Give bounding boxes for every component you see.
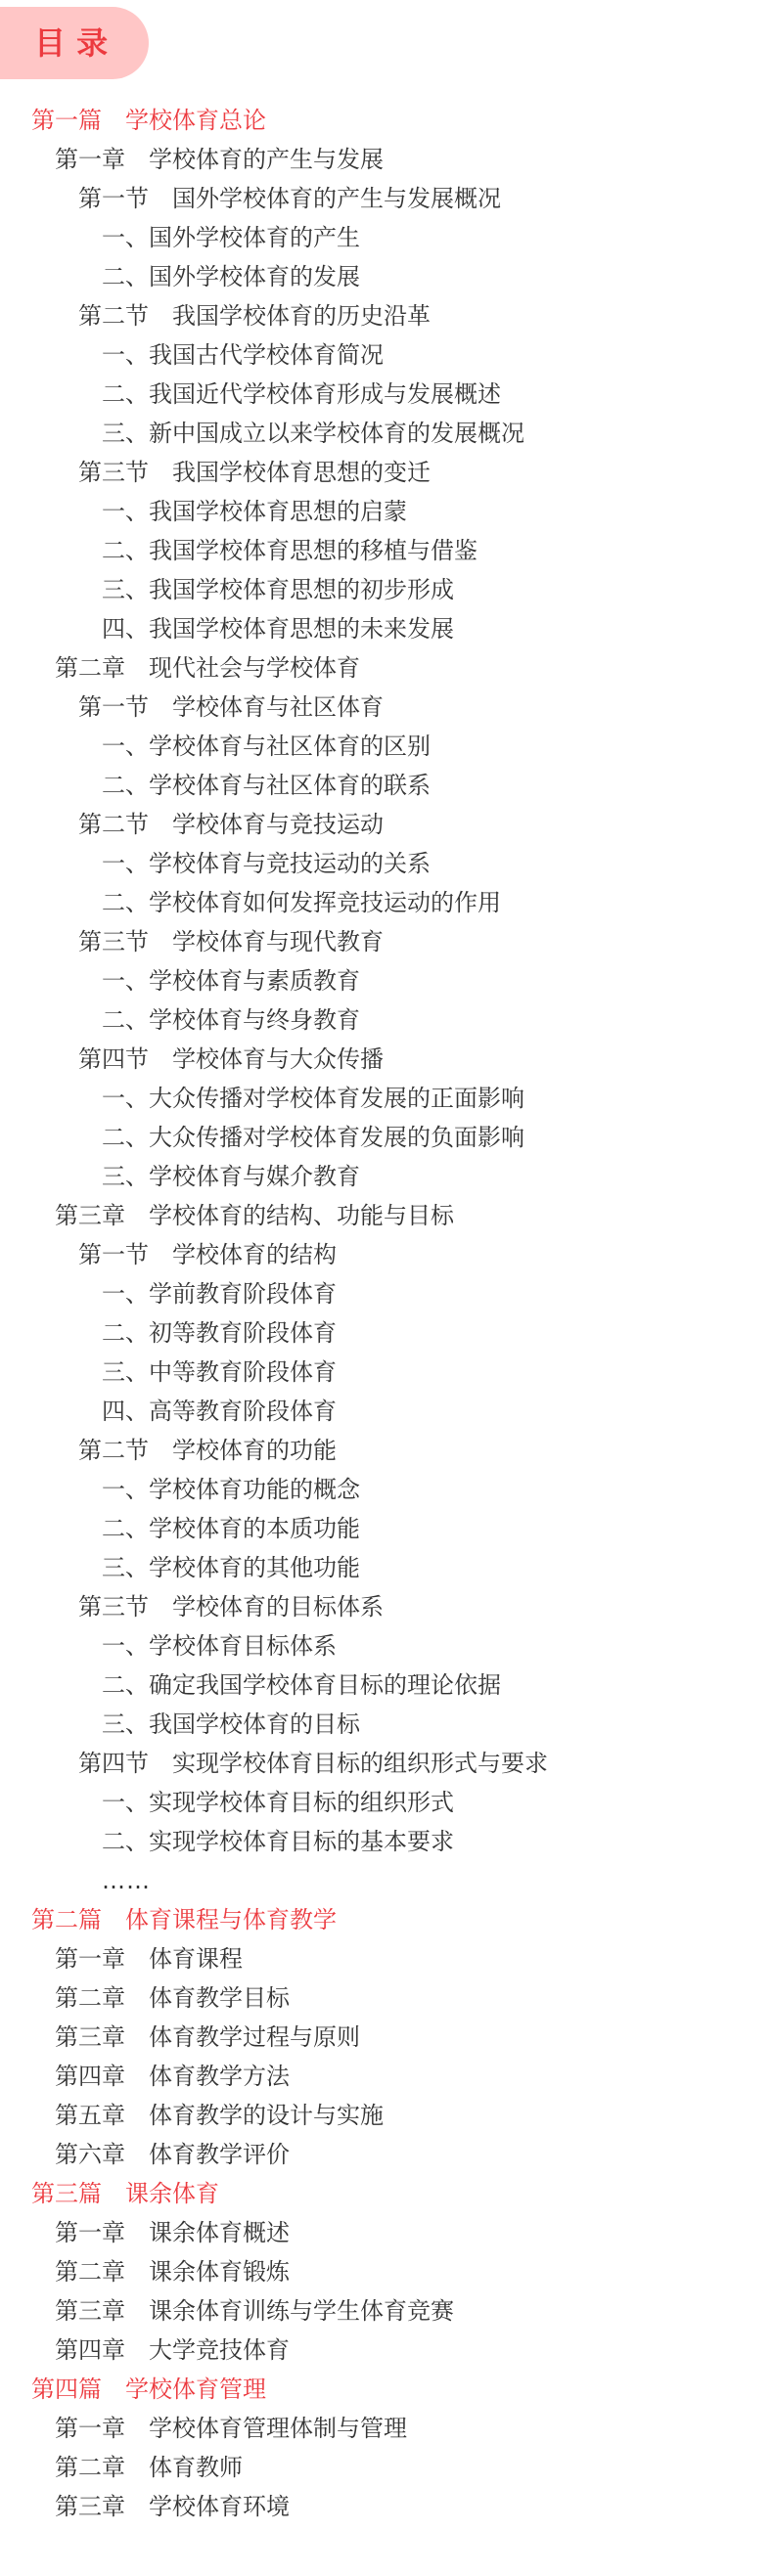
toc-chapter[interactable]: 第一章 课余体育概述 — [0, 2213, 773, 2252]
toc-part[interactable]: 第四篇 学校体育管理 — [0, 2370, 773, 2409]
toc-section[interactable]: 第三节 学校体育与现代教育 — [0, 922, 773, 961]
toc-section[interactable]: 第一节 学校体育的结构 — [0, 1235, 773, 1274]
toc-subsection[interactable]: 二、我国近代学校体育形成与发展概述 — [0, 375, 773, 414]
toc-part[interactable]: 第三篇 课余体育 — [0, 2174, 773, 2213]
toc-section[interactable]: 第二节 学校体育与竞技运动 — [0, 805, 773, 844]
toc-subsection[interactable]: 二、学校体育与终身教育 — [0, 1000, 773, 1040]
toc-chapter[interactable]: 第六章 体育教学评价 — [0, 2135, 773, 2174]
toc-section[interactable]: 第一节 国外学校体育的产生与发展概况 — [0, 179, 773, 218]
toc-chapter[interactable]: 第二章 现代社会与学校体育 — [0, 648, 773, 688]
toc-chapter[interactable]: 第四章 体育教学方法 — [0, 2057, 773, 2096]
toc-chapter[interactable]: 第一章 体育课程 — [0, 1939, 773, 1978]
toc-section[interactable]: 第四节 学校体育与大众传播 — [0, 1040, 773, 1079]
toc-chapter[interactable]: 第三章 学校体育的结构、功能与目标 — [0, 1196, 773, 1235]
toc-section[interactable]: 第三节 我国学校体育思想的变迁 — [0, 453, 773, 492]
toc-subsection[interactable]: 三、中等教育阶段体育 — [0, 1353, 773, 1392]
toc-subsection[interactable]: 三、学校体育的其他功能 — [0, 1548, 773, 1587]
toc-subsection[interactable]: 一、学校体育功能的概念 — [0, 1470, 773, 1509]
toc-chapter[interactable]: 第五章 体育教学的设计与实施 — [0, 2096, 773, 2135]
toc-subsection[interactable]: 一、学校体育与竞技运动的关系 — [0, 844, 773, 883]
toc-ellipsis: …… — [0, 1861, 773, 1900]
toc-chapter[interactable]: 第一章 学校体育管理体制与管理 — [0, 2409, 773, 2448]
toc-title: 目 录 — [34, 7, 108, 79]
toc-subsection[interactable]: 三、学校体育与媒介教育 — [0, 1157, 773, 1196]
toc-subsection[interactable]: 四、高等教育阶段体育 — [0, 1392, 773, 1431]
toc-chapter[interactable]: 第三章 学校体育环境 — [0, 2487, 773, 2526]
toc-subsection[interactable]: 一、实现学校体育目标的组织形式 — [0, 1783, 773, 1822]
toc-subsection[interactable]: 二、初等教育阶段体育 — [0, 1313, 773, 1353]
toc-section[interactable]: 第四节 实现学校体育目标的组织形式与要求 — [0, 1744, 773, 1783]
toc-subsection[interactable]: 二、学校体育如何发挥竞技运动的作用 — [0, 883, 773, 922]
toc-subsection[interactable]: 二、确定我国学校体育目标的理论依据 — [0, 1666, 773, 1705]
toc-subsection[interactable]: 一、学前教育阶段体育 — [0, 1274, 773, 1313]
toc-chapter[interactable]: 第一章 学校体育的产生与发展 — [0, 140, 773, 179]
toc-subsection[interactable]: 二、我国学校体育思想的移植与借鉴 — [0, 531, 773, 570]
toc-subsection[interactable]: 一、学校体育与社区体育的区别 — [0, 727, 773, 766]
toc-subsection[interactable]: 一、大众传播对学校体育发展的正面影响 — [0, 1079, 773, 1118]
toc-subsection[interactable]: 四、我国学校体育思想的未来发展 — [0, 609, 773, 648]
toc-subsection[interactable]: 二、学校体育与社区体育的联系 — [0, 766, 773, 805]
toc-subsection[interactable]: 三、我国学校体育思想的初步形成 — [0, 570, 773, 609]
toc-header-pill: 目 录 — [0, 7, 149, 79]
toc-subsection[interactable]: 一、我国学校体育思想的启蒙 — [0, 492, 773, 531]
toc-section[interactable]: 第二节 我国学校体育的历史沿革 — [0, 296, 773, 335]
toc-section[interactable]: 第一节 学校体育与社区体育 — [0, 688, 773, 727]
toc-subsection[interactable]: 三、我国学校体育的目标 — [0, 1705, 773, 1744]
toc-subsection[interactable]: 三、新中国成立以来学校体育的发展概况 — [0, 414, 773, 453]
toc-subsection[interactable]: 二、国外学校体育的发展 — [0, 257, 773, 296]
toc-subsection[interactable]: 一、学校体育与素质教育 — [0, 961, 773, 1000]
toc-subsection[interactable]: 二、实现学校体育目标的基本要求 — [0, 1822, 773, 1861]
toc-subsection[interactable]: 二、学校体育的本质功能 — [0, 1509, 773, 1548]
toc-subsection[interactable]: 二、大众传播对学校体育发展的负面影响 — [0, 1118, 773, 1157]
toc-section[interactable]: 第三节 学校体育的目标体系 — [0, 1587, 773, 1626]
toc-chapter[interactable]: 第二章 课余体育锻炼 — [0, 2252, 773, 2291]
toc-chapter[interactable]: 第二章 体育教学目标 — [0, 1978, 773, 2018]
toc-list: 第一篇 学校体育总论 第一章 学校体育的产生与发展 第一节 国外学校体育的产生与… — [0, 101, 773, 2526]
toc-part[interactable]: 第一篇 学校体育总论 — [0, 101, 773, 140]
toc-section[interactable]: 第二节 学校体育的功能 — [0, 1431, 773, 1470]
toc-chapter[interactable]: 第三章 课余体育训练与学生体育竞赛 — [0, 2291, 773, 2331]
toc-chapter[interactable]: 第二章 体育教师 — [0, 2448, 773, 2487]
toc-subsection[interactable]: 一、学校体育目标体系 — [0, 1626, 773, 1666]
toc-part[interactable]: 第二篇 体育课程与体育教学 — [0, 1900, 773, 1939]
toc-chapter[interactable]: 第四章 大学竞技体育 — [0, 2331, 773, 2370]
toc-subsection[interactable]: 一、国外学校体育的产生 — [0, 218, 773, 257]
toc-chapter[interactable]: 第三章 体育教学过程与原则 — [0, 2018, 773, 2057]
toc-subsection[interactable]: 一、我国古代学校体育简况 — [0, 335, 773, 375]
